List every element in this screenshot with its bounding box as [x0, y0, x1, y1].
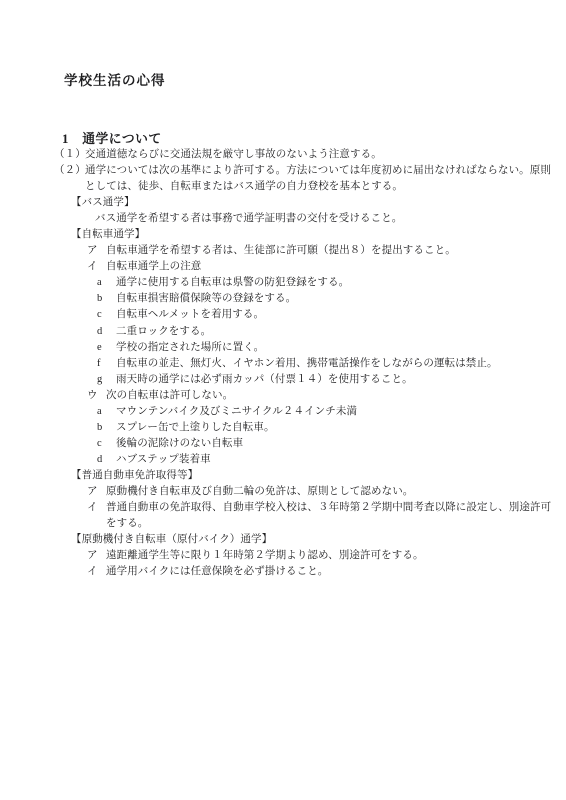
line-marker: ア: [87, 243, 106, 259]
line-text: 【原動機付き自転車（原付バイク）通学】: [71, 534, 272, 545]
line-marker: a: [97, 404, 116, 420]
doc-line: （１）交通道徳ならびに交通法規を厳守し事故のないよう注意する。: [0, 147, 566, 163]
line-text: スプレー缶で上塗りした自転車。: [116, 422, 275, 433]
line-text: 自転車ヘルメットを着用する。: [116, 309, 264, 320]
line-text: 原動機付き自転車及び自動二輪の免許は、原則として認めない。: [106, 486, 413, 497]
line-marker: （２）: [54, 163, 85, 179]
line-marker: ア: [87, 548, 106, 564]
line-text: 自転車損害賠償保険等の登録をする。: [116, 293, 296, 304]
doc-line: ウ次の自転車は許可しない。: [0, 388, 566, 404]
doc-line: c自転車ヘルメットを着用する。: [0, 307, 566, 323]
line-text: 普通自動車の免許取得、自動車学校入校は、３年時第２学期中間考査以降に設定し、別途…: [106, 502, 551, 513]
line-text: 【バス通学】: [71, 197, 135, 208]
line-marker: b: [97, 420, 116, 436]
line-text: 次の自転車は許可しない。: [106, 390, 233, 401]
line-text: 自転車通学上の注意: [106, 261, 201, 272]
line-text: マウンテンバイク及びミニサイクル２４インチ未満: [116, 406, 357, 417]
line-text: 遠距離通学生等に限り１年時第２学期より認め、別途許可をする。: [106, 550, 424, 561]
doc-line: ア原動機付き自転車及び自動二輪の免許は、原則として認めない。: [0, 484, 566, 500]
line-text: 学校の指定された場所に置く。: [116, 342, 264, 353]
line-text: 自転車通学を希望する者は、生徒部に許可願（提出８）を提出すること。: [106, 245, 456, 256]
line-marker: イ: [87, 564, 106, 580]
document-page: 学校生活の心得 1 通学について （１）交通道徳ならびに交通法規を厳守し事故のな…: [0, 0, 566, 800]
line-text: 後輪の泥除けのない自転車: [116, 438, 243, 449]
doc-line: e学校の指定された場所に置く。: [0, 340, 566, 356]
document-body: （１）交通道徳ならびに交通法規を厳守し事故のないよう注意する。（２）通学について…: [0, 147, 566, 580]
doc-line: f自転車の並走、無灯火、イヤホン着用、携帯電話操作をしながらの運転は禁止。: [0, 356, 566, 372]
line-marker: （１）: [54, 147, 85, 163]
line-text: としては、徒歩、自転車またはバス通学の自力登校を基本とする。: [85, 181, 403, 192]
doc-line: イ自転車通学上の注意: [0, 259, 566, 275]
doc-line: ア遠距離通学生等に限り１年時第２学期より認め、別途許可をする。: [0, 548, 566, 564]
doc-line: dハブステップ装着車: [0, 452, 566, 468]
line-text: 【普通自動車免許取得等】: [71, 470, 198, 481]
line-marker: d: [97, 324, 116, 340]
doc-line: （２）通学については次の基準により許可する。方法については年度初めに届出なければ…: [0, 163, 566, 179]
doc-line: aマウンテンバイク及びミニサイクル２４インチ未満: [0, 404, 566, 420]
line-text: をする。: [106, 518, 148, 529]
doc-line: a通学に使用する自転車は県警の防犯登録をする。: [0, 275, 566, 291]
line-marker: イ: [87, 259, 106, 275]
bracket-header: 【自転車通学】: [0, 227, 566, 243]
line-text: 通学用バイクには任意保険を必ず掛けること。: [106, 566, 328, 577]
line-text: バス通学を希望する者は事務で通学証明書の交付を受けること。: [95, 213, 402, 224]
doc-line: としては、徒歩、自転車またはバス通学の自力登校を基本とする。: [0, 179, 566, 195]
doc-line: イ通学用バイクには任意保険を必ず掛けること。: [0, 564, 566, 580]
line-marker: ア: [87, 484, 106, 500]
doc-line: g雨天時の通学には必ず雨カッパ（付票１４）を使用すること。: [0, 372, 566, 388]
line-marker: a: [97, 275, 116, 291]
doc-line: d二重ロックをする。: [0, 324, 566, 340]
doc-line: ア自転車通学を希望する者は、生徒部に許可願（提出８）を提出すること。: [0, 243, 566, 259]
doc-line: をする。: [0, 516, 566, 532]
line-text: 交通道徳ならびに交通法規を厳守し事故のないよう注意する。: [85, 149, 382, 160]
line-text: 【自転車通学】: [71, 229, 145, 240]
bracket-header: 【バス通学】: [0, 195, 566, 211]
line-text: 通学については次の基準により許可する。方法については年度初めに届出なければならな…: [85, 165, 551, 176]
line-marker: イ: [87, 500, 106, 516]
line-marker: ウ: [87, 388, 106, 404]
line-text: 自転車の並走、無灯火、イヤホン着用、携帯電話操作をしながらの運転は禁止。: [116, 358, 498, 369]
line-marker: f: [97, 356, 116, 372]
line-marker: b: [97, 291, 116, 307]
section-heading-commuting: 1 通学について: [62, 128, 162, 147]
line-text: 二重ロックをする。: [116, 326, 211, 337]
doc-line: c後輪の泥除けのない自転車: [0, 436, 566, 452]
line-marker: d: [97, 452, 116, 468]
line-marker: e: [97, 340, 116, 356]
document-title: 学校生活の心得: [64, 69, 166, 89]
doc-line: バス通学を希望する者は事務で通学証明書の交付を受けること。: [0, 211, 566, 227]
doc-line: b自転車損害賠償保険等の登録をする。: [0, 291, 566, 307]
line-text: ハブステップ装着車: [116, 454, 211, 465]
line-marker: c: [97, 307, 116, 323]
bracket-header: 【普通自動車免許取得等】: [0, 468, 566, 484]
doc-line: bスプレー缶で上塗りした自転車。: [0, 420, 566, 436]
bracket-header: 【原動機付き自転車（原付バイク）通学】: [0, 532, 566, 548]
line-text: 雨天時の通学には必ず雨カッパ（付票１４）を使用すること。: [116, 374, 413, 385]
doc-line: イ普通自動車の免許取得、自動車学校入校は、３年時第２学期中間考査以降に設定し、別…: [0, 500, 566, 516]
line-text: 通学に使用する自転車は県警の防犯登録をする。: [116, 277, 349, 288]
line-marker: g: [97, 372, 116, 388]
line-marker: c: [97, 436, 116, 452]
